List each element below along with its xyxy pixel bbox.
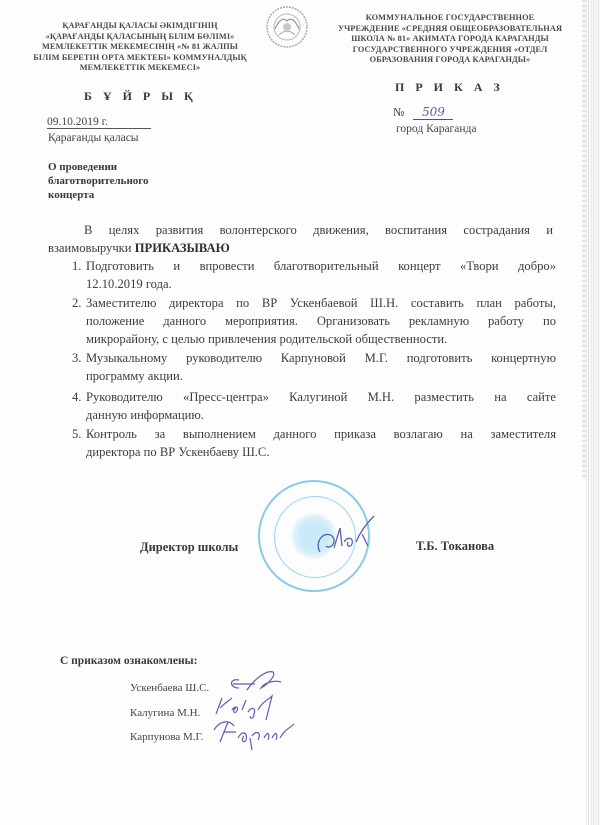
preamble-text-2: взаимовыручки — [48, 241, 132, 255]
order-keyword: ПРИКАЗЫВАЮ — [135, 241, 230, 255]
item-number: 2. — [72, 294, 81, 312]
state-emblem-icon — [265, 5, 309, 49]
item-line: директора по ВР Ускенбаеву Ш.С. — [86, 443, 556, 461]
header-right: КОММУНАЛЬНОЕ ГОСУДАРСТВЕННОЕ УЧРЕЖДЕНИЕ … — [325, 13, 575, 66]
doc-type-ru: П Р И К А З — [395, 80, 504, 95]
header-right-line: УЧРЕЖДЕНИЕ «СРЕДНЯЯ ОБЩЕОБРАЗОВАТЕЛЬНАЯ — [325, 24, 575, 35]
order-item-4: 4. Руководителю «Пресс-центра» Калугиной… — [86, 388, 556, 424]
director-name: Т.Б. Токанова — [416, 539, 494, 554]
number-value: 509 — [413, 105, 453, 120]
item-number: 1. — [72, 257, 81, 275]
order-item-1: 1. Подготовить и впровести благотворител… — [86, 257, 556, 293]
header-left-line: «ҚАРАҒАНДЫ ҚАЛАСЫНЫҢ БІЛІМ БӨЛІМІ» — [30, 32, 250, 43]
order-item-2: 2. Заместителю директора по ВР Ускенбаев… — [86, 294, 556, 348]
number-label: № — [393, 105, 404, 119]
acknowledged-person-2: Калугина М.Н. — [130, 707, 200, 719]
item-line: Заместителю директора по ВР Ускенбаевой … — [86, 294, 556, 312]
header-right-line: ГОСУДАРСТВЕННОГО УЧРЕЖДЕНИЯ «ОТДЕЛ — [325, 45, 575, 56]
header-right-line: КОММУНАЛЬНОЕ ГОСУДАРСТВЕННОЕ — [325, 13, 575, 24]
signature-position: Директор школы — [140, 540, 238, 555]
item-line: микрорайону, с целью привлечения родител… — [86, 330, 556, 348]
subject-line: концерта — [48, 188, 149, 202]
scan-edge-artifact — [582, 0, 586, 480]
item-line: данную информацию. — [86, 406, 556, 424]
item-number: 4. — [72, 388, 81, 406]
city-kz: Қарағанды қаласы — [48, 132, 139, 144]
order-item-3: 3. Музыкальному руководителю Карпуновой … — [86, 349, 556, 385]
preamble: В целях развития волонтерского движения,… — [48, 221, 553, 257]
item-line: Подготовить и впровести благотворительны… — [86, 257, 556, 275]
city-ru: город Караганда — [396, 123, 476, 135]
header-left: ҚАРАҒАНДЫ ҚАЛАСЫ ӘКІМДІГІНІҢ «ҚАРАҒАНДЫ … — [30, 21, 250, 74]
header-left-line: МЕМЛЕКЕТТІК МЕКЕМЕСІ» — [30, 63, 250, 74]
order-date-value: 09.10.2019 г. — [47, 116, 108, 128]
preamble-text: В целях развития волонтерского движения,… — [84, 223, 553, 237]
order-subject: О проведении благотворительного концерта — [48, 160, 149, 202]
order-number: № 509 — [393, 105, 453, 120]
doc-type-kz: Б Ұ Й Р Ы Қ — [84, 89, 197, 104]
item-line: Руководителю «Пресс-центра» Калугиной М.… — [86, 388, 556, 406]
item-number: 3. — [72, 349, 81, 367]
header-right-line: ШКОЛА № 81» АКИМАТА ГОРОДА КАРАГАНДЫ — [325, 34, 575, 45]
header-left-line: ҚАРАҒАНДЫ ҚАЛАСЫ ӘКІМДІГІНІҢ — [30, 21, 250, 32]
header-left-line: МЕМЛЕКЕТТІК МЕКЕМЕСІНІҢ «№ 81 ЖАЛПЫ — [30, 42, 250, 53]
header-right-line: ОБРАЗОВАНИЯ ГОРОДА КАРАГАНДЫ» — [325, 55, 575, 66]
preamble-line: В целях развития волонтерского движения,… — [48, 221, 553, 239]
acknowledged-label: С приказом ознакомлены: — [60, 655, 197, 667]
signature-karpunova-icon — [208, 716, 298, 756]
order-date: 09.10.2019 г. — [47, 116, 151, 129]
header-left-line: БІЛІМ БЕРЕТІН ОРТА МЕКТЕБІ» КОММУНАЛДЫҚ — [30, 53, 250, 64]
item-line: Музыкальному руководителю Карпуновой М.Г… — [86, 349, 556, 367]
item-number: 5. — [72, 425, 81, 443]
subject-line: благотворительного — [48, 174, 149, 188]
preamble-line-2: взаимовыручки ПРИКАЗЫВАЮ — [48, 239, 553, 257]
order-item-5: 5. Контроль за выполнением данного прика… — [86, 425, 556, 461]
acknowledged-person-3: Карпунова М.Г. — [130, 731, 203, 743]
item-line: программу акции. — [86, 367, 556, 385]
subject-line: О проведении — [48, 160, 149, 174]
director-signature-icon — [312, 512, 382, 562]
scan-edge-artifact — [586, 0, 600, 825]
acknowledged-person-1: Ускенбаева Ш.С. — [130, 682, 209, 694]
item-line: 12.10.2019 года. — [86, 275, 556, 293]
item-line: положение данного мероприятия. Организов… — [86, 312, 556, 330]
item-line: Контроль за выполнением данного приказа … — [86, 425, 556, 443]
